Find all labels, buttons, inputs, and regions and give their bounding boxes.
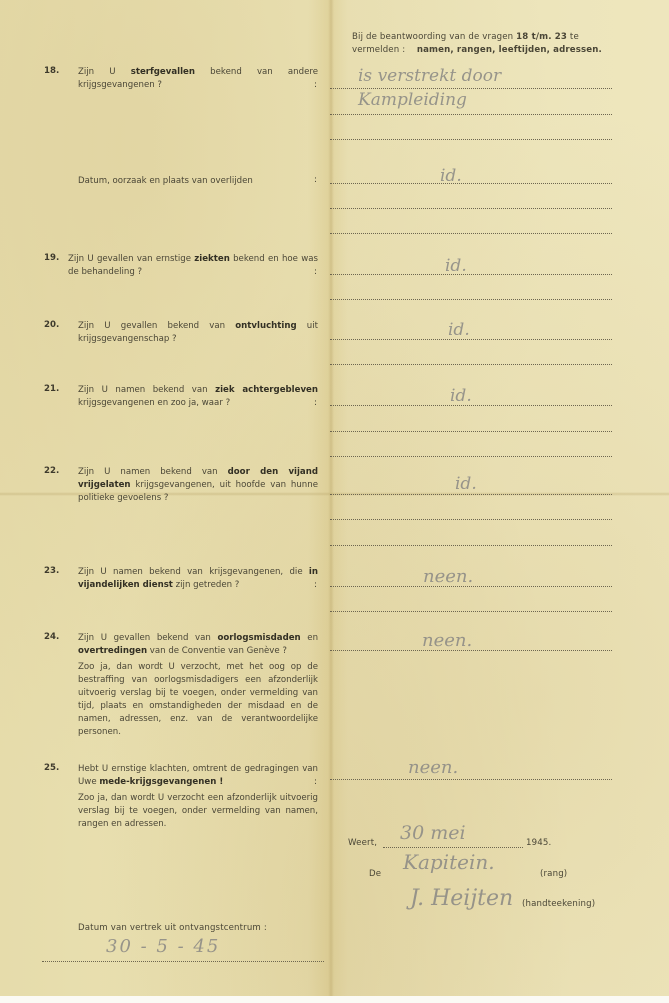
question-19-text: Zijn U gevallen van ernstige ziekten bek… — [68, 253, 318, 279]
answer-line[interactable] — [330, 494, 612, 495]
question-19-answer[interactable]: id. — [445, 256, 467, 276]
question-18-colon: : — [314, 80, 317, 90]
question-19-number: 19. — [44, 253, 59, 263]
answer-line[interactable] — [330, 456, 612, 457]
question-24-answer[interactable]: neen. — [422, 630, 472, 651]
question-25-colon: : — [314, 777, 317, 787]
question-20-answer[interactable]: id. — [448, 320, 470, 340]
question-18-text: Zijn U sterfgevallen bekend van andere k… — [78, 66, 318, 92]
signature-label: (handteekening) — [522, 898, 595, 911]
signature-year: 1945. — [526, 837, 551, 850]
question-22-text: Zijn U namen bekend van door den vijand … — [78, 466, 318, 505]
answer-line[interactable] — [330, 779, 612, 780]
signature-rank[interactable]: Kapitein. — [403, 850, 495, 874]
answer-line[interactable] — [330, 611, 612, 612]
signature-date[interactable]: 30 mei — [400, 822, 466, 844]
question-22-answer[interactable]: id. — [455, 474, 477, 494]
death-details-colon: : — [314, 175, 317, 185]
question-25-note: Zoo ja, dan wordt U verzocht een afzonde… — [78, 792, 318, 831]
answer-line[interactable] — [330, 274, 612, 275]
question-24-note: Zoo ja, dan wordt U verzocht, met het oo… — [78, 661, 318, 739]
header-note-line2: vermelden : namen, rangen, leeftijden, a… — [352, 44, 614, 57]
question-24-main: Zijn U gevallen bekend van oorlogsmisdad… — [78, 632, 318, 658]
question-24-text: Zijn U gevallen bekend van oorlogsmisdad… — [78, 632, 318, 739]
question-22-number: 22. — [44, 466, 59, 476]
departure-date[interactable]: 30 - 5 - 45 — [106, 936, 220, 957]
date-line[interactable] — [383, 847, 523, 848]
answer-line[interactable] — [330, 364, 612, 365]
question-20-number: 20. — [44, 320, 59, 330]
question-18-number: 18. — [44, 66, 59, 76]
question-21-text: Zijn U namen bekend van ziek achtergeble… — [78, 384, 318, 410]
question-24-number: 24. — [44, 632, 59, 642]
answer-line[interactable] — [330, 519, 612, 520]
answer-line[interactable] — [330, 139, 612, 140]
scan-border — [0, 996, 669, 1003]
question-23-colon: : — [314, 580, 317, 590]
death-details-question: Datum, oorzaak en plaats van overlijden — [78, 175, 318, 188]
question-25-answer[interactable]: neen. — [408, 757, 458, 778]
signature-place: Weert, — [348, 837, 377, 850]
death-details-answer[interactable]: id. — [440, 166, 462, 186]
answer-line[interactable] — [330, 431, 612, 432]
answer-line[interactable] — [330, 114, 612, 115]
answer-line[interactable] — [330, 208, 612, 209]
header-note-line1: Bij de beantwoording van de vragen 18 t/… — [352, 31, 614, 44]
question-21-answer[interactable]: id. — [450, 386, 472, 406]
question-25-main: Hebt U ernstige klachten, omtrent de ged… — [78, 763, 318, 789]
question-20-text: Zijn U gevallen bekend van ontvluchting … — [78, 320, 318, 346]
question-19-colon: : — [314, 267, 317, 277]
question-25-text: Hebt U ernstige klachten, omtrent de ged… — [78, 763, 318, 831]
question-21-colon: : — [314, 398, 317, 408]
question-23-text: Zijn U namen bekend van krijsgevangenen,… — [78, 566, 318, 592]
header-note: Bij de beantwoording van de vragen 18 t/… — [352, 31, 614, 57]
question-23-number: 23. — [44, 566, 59, 576]
departure-line[interactable] — [42, 961, 324, 962]
rank-prefix: De — [369, 868, 381, 881]
departure-label: Datum van vertrek uit ontvangstcentrum : — [78, 922, 267, 935]
vertical-fold-line — [328, 0, 334, 996]
answer-line[interactable] — [330, 299, 612, 300]
rank-label: (rang) — [540, 868, 567, 881]
question-18-answer[interactable]: is verstrekt door Kampleiding — [358, 64, 578, 112]
question-25-number: 25. — [44, 763, 59, 773]
answer-line[interactable] — [330, 183, 612, 184]
answer-line[interactable] — [330, 233, 612, 234]
signature-handwritten[interactable]: J. Heijten — [410, 886, 513, 911]
answer-line[interactable] — [330, 545, 612, 546]
question-21-number: 21. — [44, 384, 59, 394]
question-23-answer[interactable]: neen. — [423, 566, 473, 587]
answer-line[interactable] — [330, 339, 612, 340]
